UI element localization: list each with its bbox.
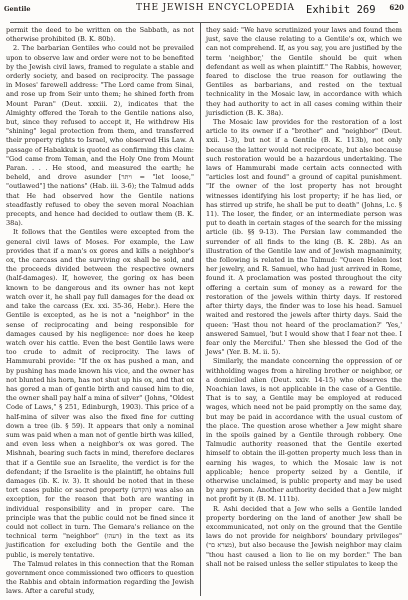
running-head: Gentile — [4, 5, 31, 13]
column-divider — [200, 22, 201, 596]
page-header: Gentile THE JEWISH ENCYCLOPEDIA Exhibit … — [4, 3, 404, 17]
right-column: they said: "We have scrutinized your law… — [206, 26, 402, 569]
paragraph: 2. The barbarian Gentiles who could not … — [6, 44, 194, 228]
publication-title: THE JEWISH ENCYCLOPEDIA — [136, 3, 295, 13]
paragraph: The Mosaic law provides for the restorat… — [206, 118, 402, 357]
paragraph: permit the deed to be written on the Sab… — [6, 26, 194, 44]
paragraph: R. Ashi decided that a Jew who sells a G… — [206, 505, 402, 569]
paragraph: The Talmud relates in this connection th… — [6, 560, 194, 597]
exhibit-stamp: Exhibit 269 — [306, 4, 376, 16]
left-column: permit the deed to be written on the Sab… — [6, 26, 194, 597]
paragraph: It follows that the Gentiles were except… — [6, 228, 194, 559]
header-rule — [10, 22, 398, 23]
page-number: 620 — [389, 3, 404, 12]
paragraph: Similarly, the mandate concerning the op… — [206, 357, 402, 504]
document-page: Gentile THE JEWISH ENCYCLOPEDIA Exhibit … — [0, 0, 408, 600]
paragraph: they said: "We have scrutinized your law… — [206, 26, 402, 118]
